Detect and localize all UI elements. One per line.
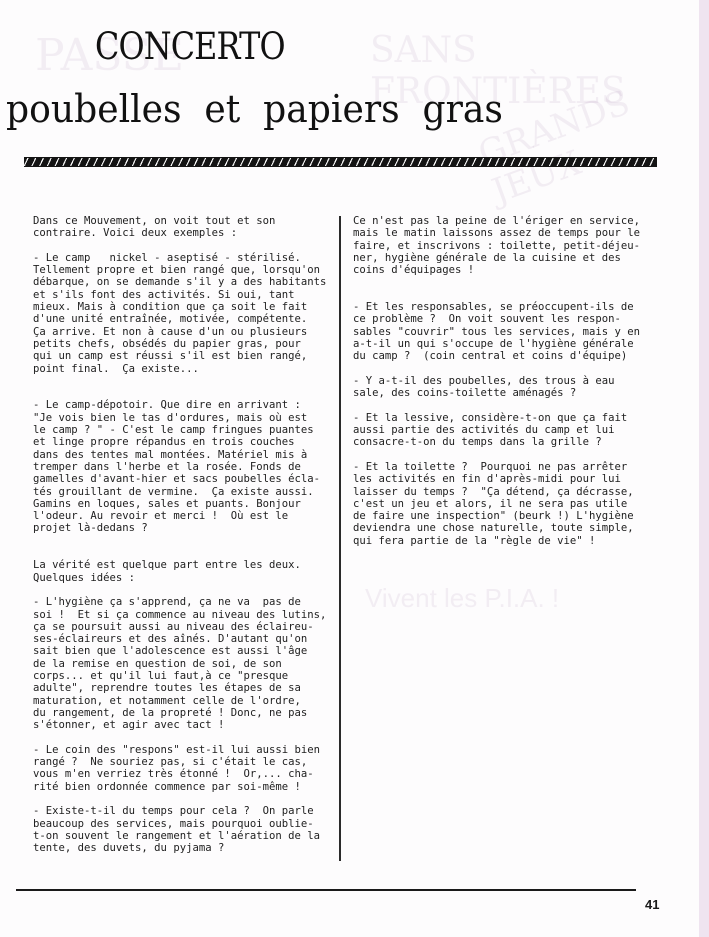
column-rule xyxy=(339,216,341,861)
paragraph: - Le camp-dépotoir. Que dire en arrivant… xyxy=(33,399,333,534)
page-edge xyxy=(699,0,709,937)
show-through-text: GRANDS JEUX xyxy=(473,58,709,211)
paragraph: - Et les responsables, se préoccupent-il… xyxy=(353,301,658,362)
paragraph: - L'hygiène ça s'apprend, ça ne va pas d… xyxy=(33,596,333,731)
paragraph: - Le coin des "respons" est-il lui aussi… xyxy=(33,744,333,793)
paragraph: - Et la lessive, considère-t-on que ça f… xyxy=(353,412,658,449)
paragraph: - Et la toilette ? Pourquoi ne pas arrêt… xyxy=(353,461,658,547)
paragraph: Ce n'est pas la peine de l'ériger en ser… xyxy=(353,215,658,276)
left-column: Dans ce Mouvement, on voit tout et son c… xyxy=(33,215,333,867)
paragraph: - Existe-t-il du temps pour cela ? On pa… xyxy=(33,805,333,854)
decorative-divider xyxy=(24,157,657,167)
page-number: 41 xyxy=(645,897,659,912)
paragraph: - Le camp nickel - aseptisé - stérilisé.… xyxy=(33,252,333,375)
paragraph: - Y a-t-il des poubelles, des trous à ea… xyxy=(353,375,658,400)
headline-title: poubelles et papiers gras xyxy=(6,90,503,128)
show-through-text: Vivent les P.I.A. ! xyxy=(365,583,559,614)
headline-kicker: CONCERTO xyxy=(95,28,285,65)
right-column: Ce n'est pas la peine de l'ériger en ser… xyxy=(353,215,658,559)
paragraph: Dans ce Mouvement, on voit tout et son c… xyxy=(33,215,333,240)
footer-rule xyxy=(16,889,636,891)
paragraph: La vérité est quelque part entre les deu… xyxy=(33,559,333,584)
